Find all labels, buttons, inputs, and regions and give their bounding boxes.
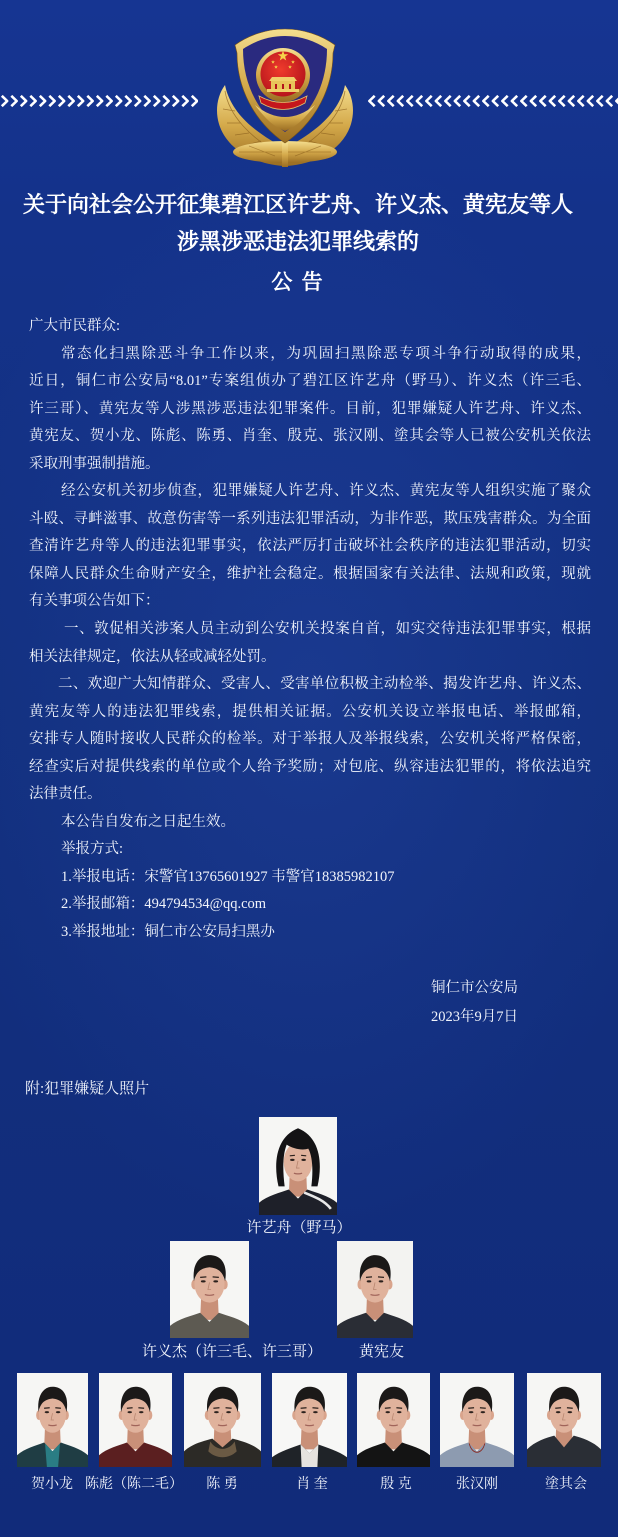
text-line: 常态化扫黑除恶斗争工作以来，为巩固扫黑除恶专项斗争行动取得的成果， xyxy=(29,341,591,369)
suspect-name: 黄宪友 xyxy=(322,1342,442,1362)
portrait-icon xyxy=(440,1373,514,1467)
text-line: 查清许艺舟等人的违法犯罪事实，依法严厉打击破坏社会秩序的违法犯罪活动，切实 xyxy=(29,533,591,561)
suspect-photo xyxy=(440,1373,514,1467)
portrait-icon xyxy=(170,1241,249,1338)
attachment-label: 附:犯罪嫌疑人照片 xyxy=(25,1076,149,1104)
chevrons-left-band-icon xyxy=(367,94,618,108)
suspect-photo xyxy=(337,1241,413,1338)
suspect-photo xyxy=(99,1373,172,1467)
announcement-body: 广大市民群众: 常态化扫黑除恶斗争工作以来，为巩固扫黑除恶专项斗争行动取得的成果… xyxy=(29,313,591,947)
announcement-page: 关于向社会公开征集碧江区许艺舟、许义杰、黄宪友等人 涉黑涉恶违法犯罪线索的 公 … xyxy=(0,0,618,1537)
text-line: 许三哥）、黄宪友等人涉黑涉恶违法犯罪案件。目前，犯罪嫌疑人许艺舟、许义杰、 xyxy=(29,396,591,424)
text-line: 有关事项公告如下： xyxy=(29,588,591,616)
paragraph-case-overview: 常态化扫黑除恶斗争工作以来，为巩固扫黑除恶专项斗争行动取得的成果， 近日，铜仁市… xyxy=(29,341,591,479)
portrait-icon xyxy=(259,1117,337,1215)
issue-date: 2023年9月7日 xyxy=(431,1003,518,1032)
suspect-name: 陈 勇 xyxy=(172,1475,272,1495)
suspect-photo xyxy=(184,1373,261,1467)
suspect-name: 塗其会 xyxy=(516,1475,616,1495)
portrait-icon xyxy=(17,1373,88,1467)
text-line: 安排专人随时接收人民群众的检举。对于举报人及举报线索，公安机关将严格保密， xyxy=(29,726,591,754)
title-announcement: 公 告 xyxy=(0,267,596,297)
text-line: 采取刑事强制措施。 xyxy=(29,451,591,479)
text-line: 经公安机关初步侦查，犯罪嫌疑人许艺舟、许义杰、黄宪友等人组织实施了聚众 xyxy=(29,478,591,506)
issuing-org: 铜仁市公安局 xyxy=(431,974,518,1003)
text-line: 相关法律规定，依法从轻或减轻处罚。 xyxy=(29,644,591,672)
suspect-name: 许艺舟（野马） xyxy=(199,1218,399,1238)
effective-notice: 本公告自发布之日起生效。 xyxy=(29,809,591,837)
text-line: 近日，铜仁市公安局“8.01”专案组侦办了碧江区许艺舟（野马）、许义杰（许三毛、 xyxy=(29,368,591,396)
title-line-2: 涉黑涉恶违法犯罪线索的 xyxy=(0,227,596,257)
report-email: 2.举报邮箱：494794534@qq.com xyxy=(29,891,591,919)
text-line: 保障人民群众生命财产安全，维护社会稳定。根据国家有关法律、法规和政策，现就 xyxy=(29,561,591,589)
text-line: 黄宪友等人的违法犯罪线索，提供相关证据。公安机关设立举报电话、举报邮箱， xyxy=(29,699,591,727)
suspect-photo xyxy=(259,1117,337,1215)
header-banner xyxy=(0,0,618,180)
signature-block: 铜仁市公安局 2023年9月7日 xyxy=(431,974,518,1031)
suspect-name: 张汉刚 xyxy=(427,1475,527,1495)
paragraph-item-2-report: 二、欢迎广大知情群众、受害人、受害单位积极主动检举、揭发许艺舟、许义杰、 黄宪友… xyxy=(29,671,591,809)
portrait-icon xyxy=(527,1373,601,1467)
paragraph-investigation: 经公安机关初步侦查，犯罪嫌疑人许艺舟、许义杰、黄宪友等人组织实施了聚众 斗殴、寻… xyxy=(29,478,591,616)
text-line: 经查实后对提供线索的单位或个人给予奖励；对包庇、纵容违法犯罪的，将依法追究 xyxy=(29,754,591,782)
suspect-photo xyxy=(170,1241,249,1338)
text-line: 黄宪友、贺小龙、陈彪、陈勇、肖奎、殷克、张汉刚、塗其会等人已被公安机关依法 xyxy=(29,423,591,451)
portrait-icon xyxy=(357,1373,430,1467)
portrait-icon xyxy=(99,1373,172,1467)
salutation: 广大市民群众: xyxy=(29,313,591,341)
text-line: 斗殴、寻衅滋事、故意伤害等一系列违法犯罪活动，为非作恶，欺压残害群众。为全面 xyxy=(29,506,591,534)
report-address: 3.举报地址：铜仁市公安局扫黑办 xyxy=(29,919,591,947)
suspect-photo xyxy=(357,1373,430,1467)
suspect-name: 陈彪（陈二毛） xyxy=(84,1475,184,1495)
report-heading: 举报方式: xyxy=(29,836,591,864)
paragraph-item-1-surrender: 一、敦促相关涉案人员主动到公安机关投案自首，如实交待违法犯罪事实，根据 相关法律… xyxy=(29,616,591,671)
portrait-icon xyxy=(184,1373,261,1467)
text-line: 二、欢迎广大知情群众、受害人、受害单位积极主动检举、揭发许艺舟、许义杰、 xyxy=(29,671,591,699)
report-phone: 1.举报电话：宋警官13765601927 韦警官18385982107 xyxy=(29,864,591,892)
text-line: 法律责任。 xyxy=(29,781,591,809)
chevrons-right-band-icon xyxy=(0,94,198,108)
portrait-icon xyxy=(337,1241,413,1338)
title-line-1: 关于向社会公开征集碧江区许艺舟、许义杰、黄宪友等人 xyxy=(0,190,596,220)
suspect-photo xyxy=(17,1373,88,1467)
suspect-photo xyxy=(272,1373,347,1467)
suspect-name: 许义杰（许三毛、许三哥） xyxy=(112,1342,352,1362)
suspect-photo xyxy=(527,1373,601,1467)
portrait-icon xyxy=(272,1373,347,1467)
text-line: 一、敦促相关涉案人员主动到公安机关投案自首，如实交待违法犯罪事实，根据 xyxy=(29,616,591,644)
police-emblem-icon xyxy=(217,29,353,167)
